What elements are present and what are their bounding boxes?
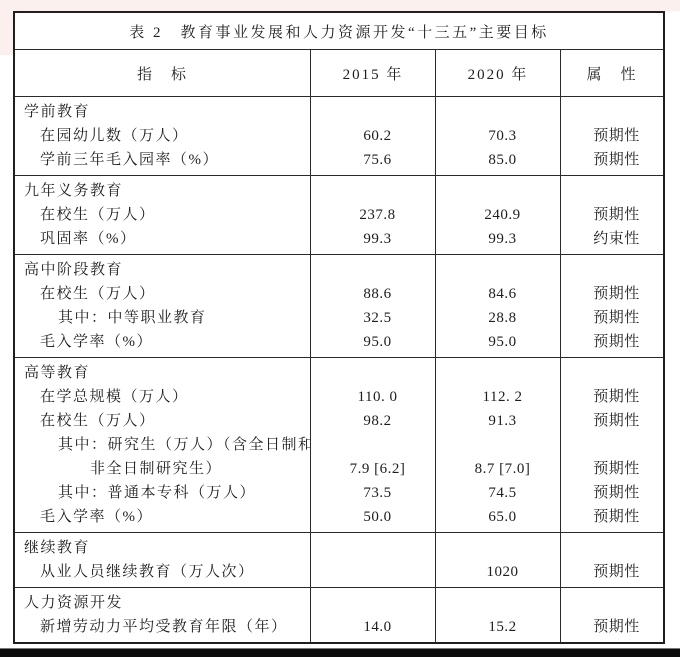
values-2015-cell: 237.899.3 <box>311 176 436 254</box>
value-2015 <box>311 560 435 584</box>
indicator-line: 在学总规模（万人） <box>15 385 310 409</box>
document-table: 表 2 教育事业发展和人力资源开发“十三五”主要目标 指 标 2015 年 20… <box>13 11 665 644</box>
value-2020: 8.7 [7.0] <box>436 457 560 481</box>
values-2020-cell: 84.628.895.0 <box>436 255 561 357</box>
values-2015-cell: 14.0 <box>311 588 436 642</box>
indicator-line: 其中：研究生（万人）（含全日制和 <box>15 433 310 457</box>
section-label: 学前教育 <box>15 100 310 124</box>
value-2015 <box>311 361 435 385</box>
values-2020-cell: 240.999.3 <box>436 176 561 254</box>
indicator-line: 非全日制研究生） <box>15 457 310 481</box>
indicator-cell: 九年义务教育在校生（万人）巩固率（%） <box>15 176 311 254</box>
value-2020 <box>436 433 560 457</box>
value-2015: 88.6 <box>311 282 435 306</box>
value-2015: 95.0 <box>311 330 435 354</box>
attr-value: 预期性 <box>561 282 663 306</box>
section-label: 九年义务教育 <box>15 179 310 203</box>
indicator-cell: 高等教育在学总规模（万人）在校生（万人）其中：研究生（万人）（含全日制和非全日制… <box>15 358 311 532</box>
values-2015-cell: 60.275.6 <box>311 97 436 175</box>
value-2015: 75.6 <box>311 148 435 172</box>
attr-value <box>561 591 663 615</box>
value-2020: 112. 2 <box>436 385 560 409</box>
value-2020 <box>436 591 560 615</box>
indicator-line: 在校生（万人） <box>15 409 310 433</box>
value-2015: 50.0 <box>311 505 435 529</box>
page-margin-top-strip <box>0 0 680 11</box>
attr-value: 预期性 <box>561 409 663 433</box>
attribute-cell: 预期性 <box>561 588 663 642</box>
table-group: 人力资源开发新增劳动力平均受教育年限（年）14.015.2预期性 <box>15 588 663 642</box>
attribute-cell: 预期性 <box>561 533 663 587</box>
table-group: 高中阶段教育在校生（万人）其中：中等职业教育毛入学率（%）88.632.595.… <box>15 255 663 358</box>
values-2015-cell <box>311 533 436 587</box>
value-2020: 240.9 <box>436 203 560 227</box>
table-group: 继续教育从业人员继续教育（万人次）1020预期性 <box>15 533 663 588</box>
attr-value: 预期性 <box>561 203 663 227</box>
window-bottom-bar <box>0 648 680 657</box>
indicator-line: 新增劳动力平均受教育年限（年） <box>15 615 310 639</box>
table-body: 学前教育在园幼儿数（万人）学前三年毛入园率（%）60.275.670.385.0… <box>15 97 663 642</box>
value-2020: 15.2 <box>436 615 560 639</box>
indicator-line: 在校生（万人） <box>15 203 310 227</box>
indicator-cell: 学前教育在园幼儿数（万人）学前三年毛入园率（%） <box>15 97 311 175</box>
column-header-2015: 2015 年 <box>311 50 436 96</box>
values-2020-cell: 112. 291.38.7 [7.0]74.565.0 <box>436 358 561 532</box>
value-2015: 32.5 <box>311 306 435 330</box>
value-2015 <box>311 591 435 615</box>
value-2020 <box>436 536 560 560</box>
table-header-row: 指 标 2015 年 2020 年 属 性 <box>15 50 663 97</box>
value-2015 <box>311 536 435 560</box>
value-2020: 99.3 <box>436 227 560 251</box>
value-2015: 7.9 [6.2] <box>311 457 435 481</box>
attr-value: 预期性 <box>561 615 663 639</box>
section-label: 继续教育 <box>15 536 310 560</box>
table-title: 表 2 教育事业发展和人力资源开发“十三五”主要目标 <box>15 13 663 50</box>
attr-value: 约束性 <box>561 227 663 251</box>
value-2020: 1020 <box>436 560 560 584</box>
table-group: 高等教育在学总规模（万人）在校生（万人）其中：研究生（万人）（含全日制和非全日制… <box>15 358 663 533</box>
value-2015 <box>311 258 435 282</box>
indicator-line: 巩固率（%） <box>15 227 310 251</box>
value-2020 <box>436 258 560 282</box>
attr-value: 预期性 <box>561 385 663 409</box>
value-2020: 84.6 <box>436 282 560 306</box>
value-2020 <box>436 100 560 124</box>
column-header-2020: 2020 年 <box>436 50 561 96</box>
attr-value: 预期性 <box>561 306 663 330</box>
value-2020: 74.5 <box>436 481 560 505</box>
section-label: 高等教育 <box>15 361 310 385</box>
attribute-cell: 预期性预期性预期性 <box>561 255 663 357</box>
value-2020: 85.0 <box>436 148 560 172</box>
value-2015: 73.5 <box>311 481 435 505</box>
value-2015: 14.0 <box>311 615 435 639</box>
attr-value <box>561 100 663 124</box>
value-2020: 65.0 <box>436 505 560 529</box>
section-label: 高中阶段教育 <box>15 258 310 282</box>
indicator-line: 在园幼儿数（万人） <box>15 124 310 148</box>
attr-value <box>561 433 663 457</box>
attr-value: 预期性 <box>561 124 663 148</box>
values-2020-cell: 1020 <box>436 533 561 587</box>
attr-value: 预期性 <box>561 330 663 354</box>
value-2020 <box>436 361 560 385</box>
indicator-line: 毛入学率（%） <box>15 330 310 354</box>
indicator-line: 其中：中等职业教育 <box>15 306 310 330</box>
attr-value <box>561 179 663 203</box>
values-2020-cell: 15.2 <box>436 588 561 642</box>
value-2020: 91.3 <box>436 409 560 433</box>
indicator-cell: 继续教育从业人员继续教育（万人次） <box>15 533 311 587</box>
value-2020 <box>436 179 560 203</box>
attribute-cell: 预期性约束性 <box>561 176 663 254</box>
indicator-cell: 高中阶段教育在校生（万人）其中：中等职业教育毛入学率（%） <box>15 255 311 357</box>
value-2015: 99.3 <box>311 227 435 251</box>
attribute-cell: 预期性预期性预期性预期性预期性 <box>561 358 663 532</box>
values-2015-cell: 110. 098.27.9 [6.2]73.550.0 <box>311 358 436 532</box>
table-group: 九年义务教育在校生（万人）巩固率（%）237.899.3240.999.3预期性… <box>15 176 663 255</box>
attr-value: 预期性 <box>561 148 663 172</box>
attribute-cell: 预期性预期性 <box>561 97 663 175</box>
value-2015 <box>311 179 435 203</box>
attr-value: 预期性 <box>561 560 663 584</box>
page-margin-left-strip <box>0 0 14 55</box>
value-2015: 110. 0 <box>311 385 435 409</box>
attr-value: 预期性 <box>561 457 663 481</box>
attr-value <box>561 361 663 385</box>
indicator-line: 在校生（万人） <box>15 282 310 306</box>
value-2015 <box>311 100 435 124</box>
value-2020: 28.8 <box>436 306 560 330</box>
table-group: 学前教育在园幼儿数（万人）学前三年毛入园率（%）60.275.670.385.0… <box>15 97 663 176</box>
values-2015-cell: 88.632.595.0 <box>311 255 436 357</box>
indicator-line: 毛入学率（%） <box>15 505 310 529</box>
column-header-attribute: 属 性 <box>561 50 663 96</box>
indicator-line: 其中：普通本专科（万人） <box>15 481 310 505</box>
value-2015: 60.2 <box>311 124 435 148</box>
value-2015: 98.2 <box>311 409 435 433</box>
value-2015 <box>311 433 435 457</box>
value-2015: 237.8 <box>311 203 435 227</box>
indicator-cell: 人力资源开发新增劳动力平均受教育年限（年） <box>15 588 311 642</box>
values-2020-cell: 70.385.0 <box>436 97 561 175</box>
column-header-indicator: 指 标 <box>15 50 311 96</box>
indicator-line: 从业人员继续教育（万人次） <box>15 560 310 584</box>
attr-value <box>561 536 663 560</box>
attr-value <box>561 258 663 282</box>
attr-value: 预期性 <box>561 505 663 529</box>
attr-value: 预期性 <box>561 481 663 505</box>
indicator-line: 学前三年毛入园率（%） <box>15 148 310 172</box>
value-2020: 70.3 <box>436 124 560 148</box>
section-label: 人力资源开发 <box>15 591 310 615</box>
value-2020: 95.0 <box>436 330 560 354</box>
